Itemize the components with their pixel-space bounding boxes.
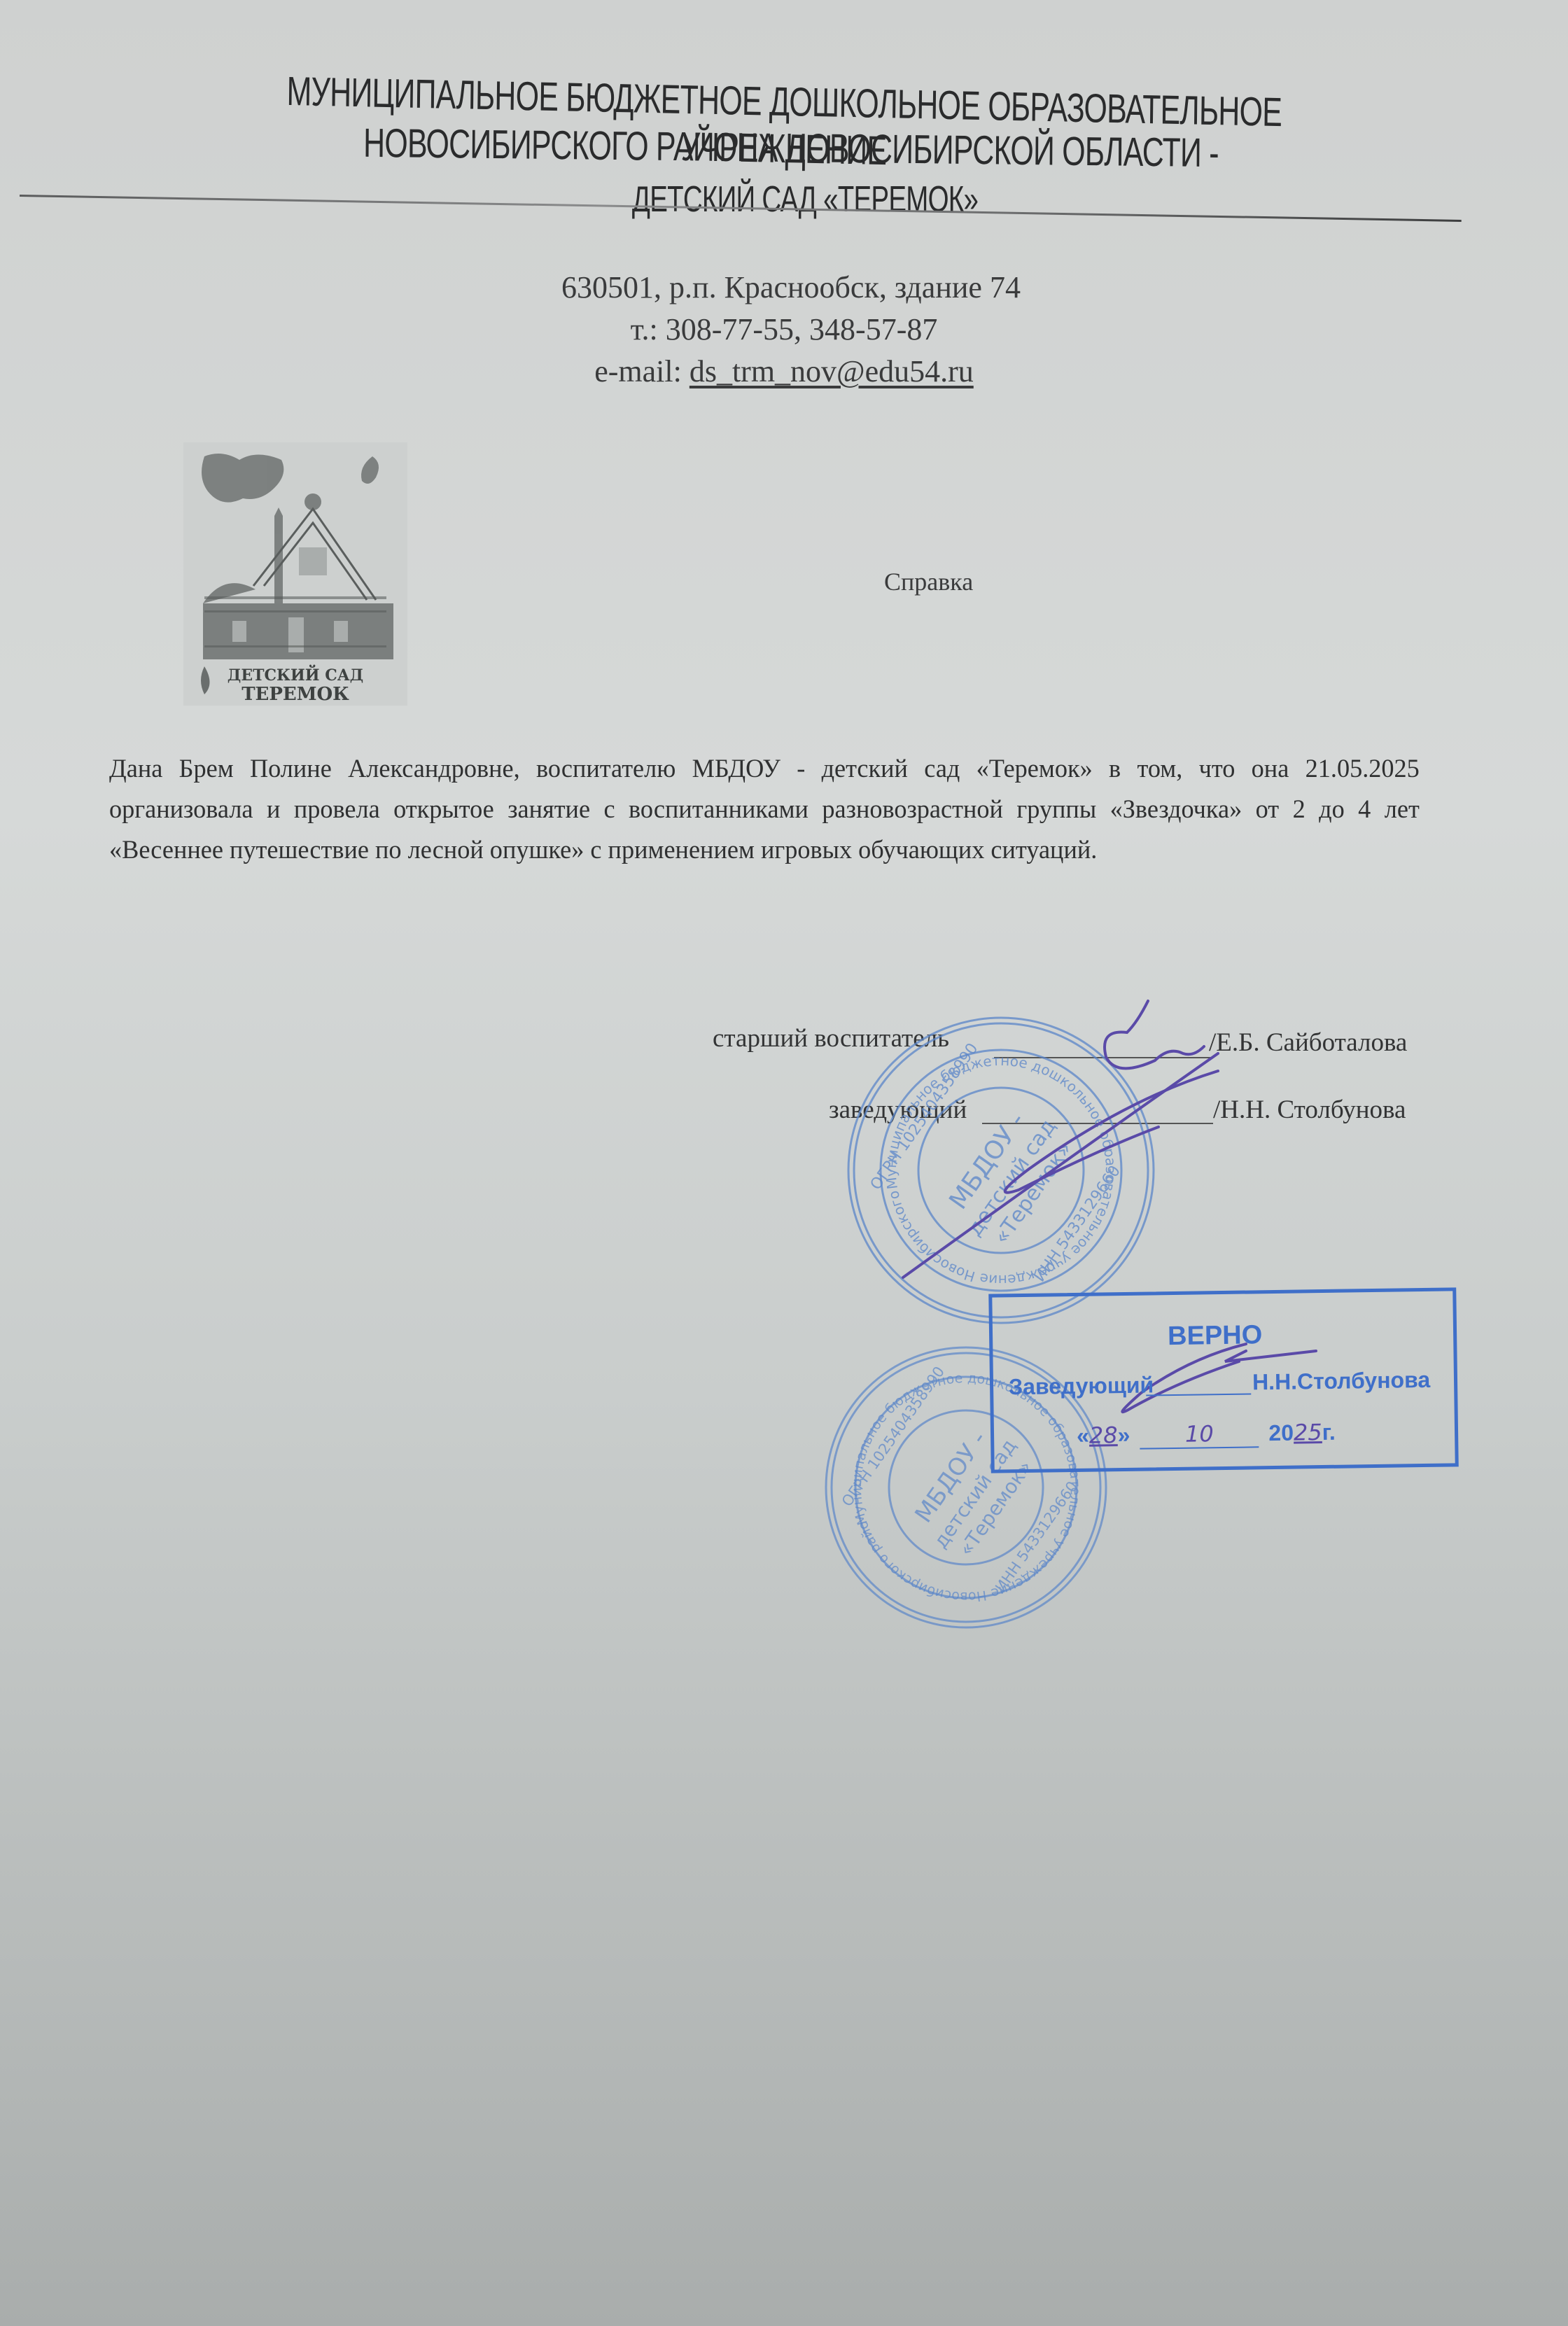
seal-1-center-3: «Теремок» [989, 1137, 1077, 1249]
signature-2-line [982, 1123, 1213, 1124]
stamp-date: «28»102025г. [1077, 1419, 1336, 1450]
signature-2-role: заведующий [829, 1095, 967, 1125]
seal-2-center-1: МБДОУ - [909, 1426, 993, 1528]
stamp-role: Заведующий [1009, 1372, 1154, 1400]
seal-1-inn: ИНН 5433129660 [1031, 1163, 1124, 1285]
certification-stamp: ВЕРНО Заведующий Н.Н.Столбунова «28»1020… [988, 1287, 1459, 1473]
phones: т.: 308-77-55, 348-57-87 [0, 311, 1568, 347]
seal-2-ogrn: ОГРН 1025404358990 [839, 1364, 948, 1510]
stamp-date-day: 28 [1089, 1422, 1118, 1449]
signature-1-role: старший воспитатель [713, 1023, 949, 1053]
signature-2-name: /Н.Н. Столбунова [1213, 1095, 1406, 1125]
teremok-house-logo-icon: ДЕТСКИЙ САД ТЕРЕМОК [183, 442, 407, 706]
document-title: Справка [884, 567, 973, 596]
document-body: Дана Брем Полине Александровне, воспитат… [109, 749, 1420, 871]
seal-1-center-2: детский сад [962, 1115, 1061, 1241]
stamp-date-year-prefix: 20 [1268, 1420, 1294, 1445]
org-name-line-3: ДЕТСКИЙ САД «ТЕРЕМОК» [225, 178, 1385, 220]
address: 630501, р.п. Краснообск, здание 74 [7, 269, 1568, 305]
stamp-date-close-quote: » [1117, 1422, 1130, 1448]
stamp-date-open-quote: « [1077, 1423, 1089, 1448]
stamp-date-year-label: г. [1322, 1420, 1336, 1445]
stamp-title: ВЕРНО [1168, 1320, 1263, 1352]
email-row: e-mail: ds_trm_nov@edu54.ru [0, 353, 1568, 389]
stamp-date-month: 10 [1140, 1420, 1259, 1449]
email-label: e-mail: [594, 354, 689, 388]
stamp-name: Н.Н.Столбунова [1252, 1367, 1431, 1396]
signature-1-name: /Е.Б. Сайботалова [1209, 1028, 1407, 1058]
round-seal-icon [848, 1018, 1154, 1323]
email-link[interactable]: ds_trm_nov@edu54.ru [689, 354, 974, 388]
logo-caption-2: ТЕРЕМОК [241, 684, 349, 705]
signature-1-line [994, 1057, 1211, 1058]
seal-2-inn: ИНН 5433129660 [992, 1478, 1081, 1595]
stamp-date-year-suffix: 25 [1294, 1419, 1322, 1446]
seals-layer: Муниципальное бюджетное дошкольное образ… [0, 0, 1568, 2326]
stamp-signature-line [1146, 1393, 1251, 1396]
logo-caption-1: ДЕТСКИЙ САД [227, 664, 363, 685]
